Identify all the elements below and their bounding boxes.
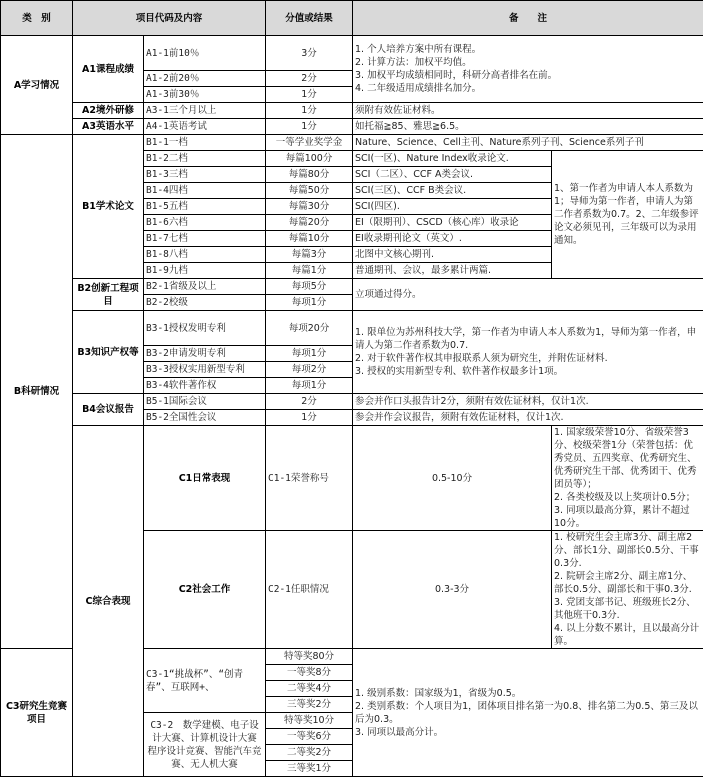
remark-line: 3. 授权的实用新型专利、软件著作权最多计1项。 [355, 365, 701, 378]
item-score: 每篇1分 [266, 263, 353, 279]
item-desc: SCI(一区)、Nature Index收录论文. [353, 151, 552, 167]
item-code: B1-7七档 [144, 231, 266, 247]
category-a: A学习情况 [1, 36, 73, 135]
remark-line: 1. 个人培养方案中所有课程。 [355, 43, 701, 56]
remark-line: 2. 院研会主席2分、副主席1分、部长0.5分、副部长和干事0.3分. [554, 570, 701, 596]
item-code: B5-2全国性会议 [144, 410, 266, 426]
item-desc: Nature、Science、Cell主刊、Nature系列子刊、Science… [353, 135, 703, 151]
subcategory-b2: B2创新工程项目 [73, 279, 144, 311]
item-score: 0.5-10分 [353, 426, 552, 531]
table-row: B3知识产权等 B3-1授权发明专利 每项20分 1. 限单位为苏州科技大学，第… [1, 311, 703, 346]
table-row: A3英语水平 A4-1英语考试 1分 如托福≧85、雅思≧6.5。 [1, 119, 703, 135]
item-desc: SCI(三区)、CCF B类会议. [353, 183, 552, 199]
header-category: 类 别 [1, 1, 73, 36]
remark-line: 1. 校研究生会主席3分、副主席2分、部长1分、副部长0.5分、干事0.3分. [554, 531, 701, 570]
remark-line: 2. 对于软件著作权其申报联系人须为研究生，并附佐证材料. [355, 352, 701, 365]
item-code: A1-2前20％ [144, 71, 266, 87]
item-score: 二等奖4分 [266, 681, 353, 697]
item-code: A3-1三个月以上 [144, 103, 266, 119]
table-row: B2创新工程项目 B2-1省级及以上 每项5分 立项通过得分。 [1, 279, 703, 295]
remark-c1: 1. 国家级荣誉10分、省级荣誉3分、校级荣誉1分（荣誉包括：优秀党员、五四奖章… [552, 426, 703, 531]
header-remark: 备 注 [353, 1, 703, 36]
item-score: 每篇10分 [266, 231, 353, 247]
item-score: 2分 [266, 71, 353, 87]
remark-line: 3. 加权平均成绩相同时，科研分高者排名在前。 [355, 69, 701, 82]
subcategory-a1: A1课程成绩 [73, 36, 144, 103]
item-remark: 参会并作口头报告计2分，须附有效佐证材料，仅计1次. [353, 394, 703, 410]
remark-line: 3. 党团支部书记、班级班长2分、其他班干0.3分. [554, 596, 701, 622]
item-score: 1分 [266, 87, 353, 103]
subcategory-c3: C3研究生竞赛项目 [1, 649, 73, 768]
category-c: C综合表现 [73, 426, 144, 768]
remark-line: 4. 二年级适用成绩排名加分。 [355, 82, 701, 95]
item-score: 一等学业奖学金 [266, 135, 353, 151]
remark-line: 2. 计算方法：加权平均值。 [355, 56, 701, 69]
table-row: B4会议报告 B5-1国际会议 2分 参会并作口头报告计2分，须附有效佐证材料，… [1, 394, 703, 410]
item-score: 每项20分 [266, 311, 353, 346]
item-score: 每篇3分 [266, 247, 353, 263]
item-code: B1-5五档 [144, 199, 266, 215]
item-desc: EI（限期刊）、CSCD（核心库）收录论 [353, 215, 552, 231]
scoring-table: 类 别 项目代码及内容 分值或结果 备 注 A学习情况 A1课程成绩 A1-1前… [0, 0, 703, 767]
remark-line: 1. 国家级荣誉10分、省级荣誉3分、校级荣誉1分（荣誉包括：优秀党员、五四奖章… [554, 426, 701, 491]
item-code: B2-2校级 [144, 295, 266, 311]
item-code: B1-6六档 [144, 215, 266, 231]
remark-line: 3. 同项以最高分算，累计不超过10分。 [554, 504, 701, 530]
item-code: C3-2 数学建模、电子设计大赛、计算机设计大赛 程序设计竞赛、智能汽车竞赛、无… [144, 713, 266, 768]
item-score: 每篇30分 [266, 199, 353, 215]
item-score: 二等奖2分 [266, 745, 353, 761]
item-code: C2-1任职情况 [266, 531, 353, 649]
item-score: 0.3-3分 [353, 531, 552, 649]
item-score: 每篇20分 [266, 215, 353, 231]
item-code: B1-1一档 [144, 135, 266, 151]
item-score: 三等奖2分 [266, 697, 353, 713]
remark-line: 2. 各类校级及以上奖项计0.5分； [554, 491, 701, 504]
item-score: 一等奖8分 [266, 665, 353, 681]
remark-line: 3. 同项以最高分计。 [355, 726, 701, 739]
item-code: B3-2申请发明专利 [144, 346, 266, 362]
item-desc: SCI(四区). [353, 199, 552, 215]
subcategory-b1: B1学术论文 [73, 135, 144, 279]
item-code: C1-1荣誉称号 [266, 426, 353, 531]
item-score: 每项5分 [266, 279, 353, 295]
header-item: 项目代码及内容 [73, 1, 266, 36]
item-code: A4-1英语考试 [144, 119, 266, 135]
item-score: 每篇100分 [266, 151, 353, 167]
item-code: A1-1前10％ [144, 36, 266, 71]
remark-a1: 1. 个人培养方案中所有课程。 2. 计算方法：加权平均值。 3. 加权平均成绩… [353, 36, 703, 103]
remark-line: 2. 类别系数：个人项目为1，团体项目排名第一为0.8、排名第二为0.5、第三及… [355, 700, 701, 726]
item-desc: 北图中文核心期刊. [353, 247, 552, 263]
item-score: 1分 [266, 103, 353, 119]
remark-b3: 1. 限单位为苏州科技大学，第一作者为申请人本人系数为1，导师为第一作者，申请人… [353, 311, 703, 394]
header-row: 类 别 项目代码及内容 分值或结果 备 注 [1, 1, 703, 36]
item-code: A1-3前30％ [144, 87, 266, 103]
item-code: B1-3三档 [144, 167, 266, 183]
item-code: B1-2二档 [144, 151, 266, 167]
item-score: 1分 [266, 410, 353, 426]
item-code: B1-9九档 [144, 263, 266, 279]
remark-a3: 如托福≧85、雅思≧6.5。 [353, 119, 703, 135]
item-code: B3-4软件著作权 [144, 378, 266, 394]
item-desc: 普通期刊、会议，最多累计两篇. [353, 263, 552, 279]
item-code: B3-3授权实用新型专利 [144, 362, 266, 378]
subcategory-b4: B4会议报告 [73, 394, 144, 426]
item-code: C3-1“挑战杯”、“创青春”、互联网+、 [144, 649, 266, 713]
item-score: 特等奖80分 [266, 649, 353, 665]
item-remark: 参会并作会议报告，须附有效佐证材料，仅计1次. [353, 410, 703, 426]
item-code: B1-4四档 [144, 183, 266, 199]
remark-b1: 1、第一作者为申请人本人系数为1；导师为第一作者，申请人为第二作者系数为0.7。… [552, 151, 703, 279]
item-code: B3-1授权发明专利 [144, 311, 266, 346]
item-score: 2分 [266, 394, 353, 410]
subcategory-b3: B3知识产权等 [73, 311, 144, 394]
item-desc: EI收录期刊论文（英文）. [353, 231, 552, 247]
remark-c3: 1. 级别系数：国家级为1，省级为0.5。 2. 类别系数：个人项目为1，团体项… [353, 649, 703, 768]
item-code: B1-8八档 [144, 247, 266, 263]
table-row: C综合表现 C1日常表现 C1-1荣誉称号 0.5-10分 1. 国家级荣誉10… [1, 426, 703, 531]
remark-line: 1. 级别系数：国家级为1，省级为0.5。 [355, 687, 701, 700]
item-code: B5-1国际会议 [144, 394, 266, 410]
subcategory-c2: C2社会工作 [144, 531, 266, 649]
remark-line: 4. 以上分数不累计，且以最高分计算。 [554, 622, 701, 648]
table-row: A学习情况 A1课程成绩 A1-1前10％ 3分 1. 个人培养方案中所有课程。… [1, 36, 703, 71]
subcategory-a3: A3英语水平 [73, 119, 144, 135]
item-score: 每项2分 [266, 362, 353, 378]
subcategory-c1: C1日常表现 [144, 426, 266, 531]
item-score: 每篇50分 [266, 183, 353, 199]
item-code: B2-1省级及以上 [144, 279, 266, 295]
item-desc: SCI（二区）、CCF A类会议. [353, 167, 552, 183]
table-row: B科研情况 B1学术论文 B1-1一档 一等学业奖学金 Nature、Scien… [1, 135, 703, 151]
remark-a2: 须附有效佐证材料。 [353, 103, 703, 119]
item-score: 每项1分 [266, 295, 353, 311]
item-score: 3分 [266, 36, 353, 71]
item-score: 一等奖6分 [266, 729, 353, 745]
item-score: 三等奖1分 [266, 761, 353, 768]
item-score: 每篇80分 [266, 167, 353, 183]
subcategory-a2: A2境外研修 [73, 103, 144, 119]
category-b: B科研情况 [1, 135, 73, 649]
item-score: 每项1分 [266, 346, 353, 362]
remark-c2: 1. 校研究生会主席3分、副主席2分、部长1分、副部长0.5分、干事0.3分. … [552, 531, 703, 649]
remark-line: 1. 限单位为苏州科技大学，第一作者为申请人本人系数为1，导师为第一作者，申请人… [355, 326, 701, 352]
item-score: 特等奖10分 [266, 713, 353, 729]
table-row: A2境外研修 A3-1三个月以上 1分 须附有效佐证材料。 [1, 103, 703, 119]
header-score: 分值或结果 [266, 1, 353, 36]
item-score: 每项1分 [266, 378, 353, 394]
item-score: 1分 [266, 119, 353, 135]
remark-b2: 立项通过得分。 [353, 279, 703, 311]
